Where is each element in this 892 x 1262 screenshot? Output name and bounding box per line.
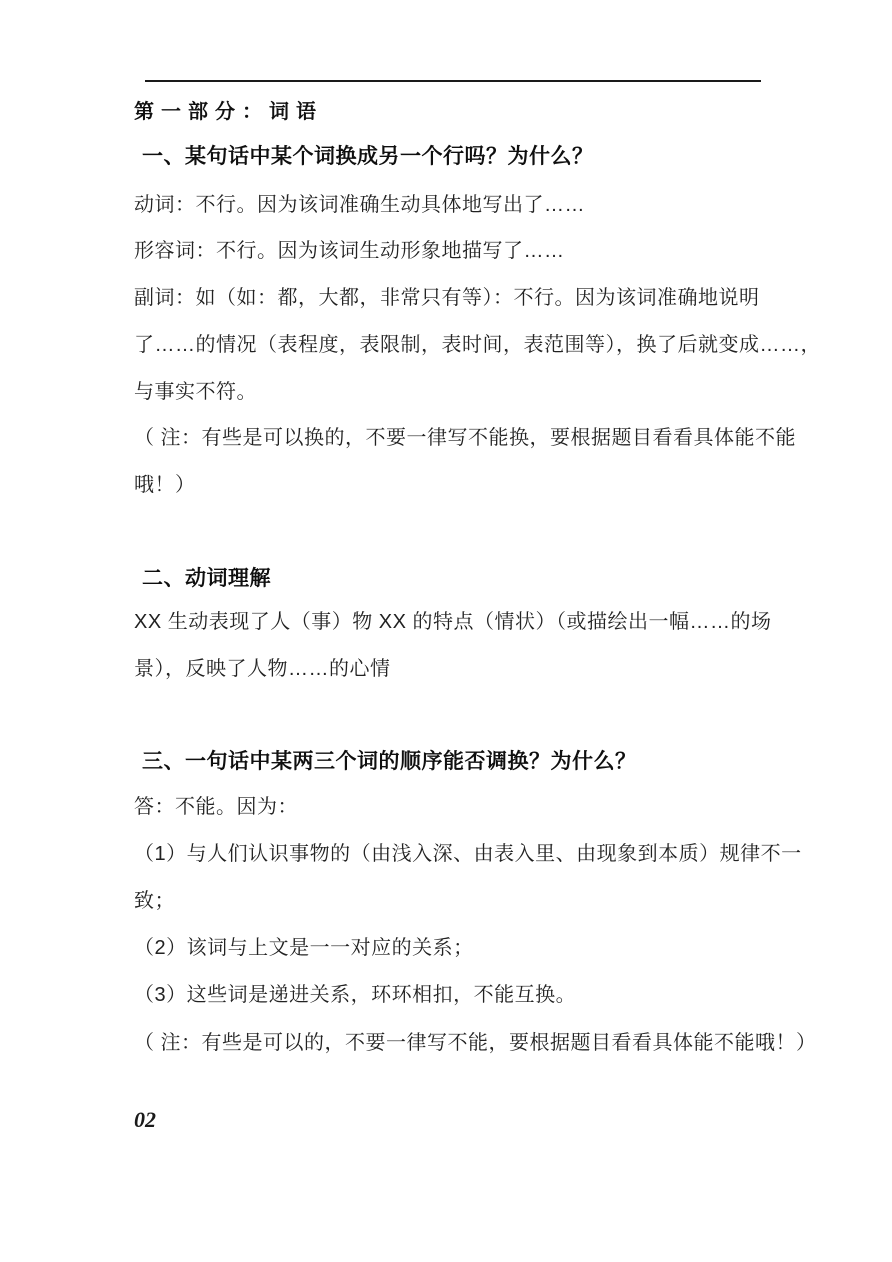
list-item-line: 致；	[134, 878, 175, 925]
section-1-heading: 一、某句话中某个词换成另一个行吗？为什么？	[142, 133, 594, 180]
list-item-line: （1）与人们认识事物的（由浅入深、由表入里、由现象到本质）规律不一	[134, 831, 802, 878]
document-page: 第一部分：词语 一、某句话中某个词换成另一个行吗？为什么？ 动词：不行。因为该词…	[0, 0, 892, 1262]
paragraph-line: 了……的情况（表程度，表限制，表时间，表范围等），换了后就变成……，	[134, 322, 821, 369]
note-line: （ 注：有些是可以的，不要一律写不能，要根据题目看看具体能不能哦！）	[134, 1020, 817, 1067]
list-item-line: （3）这些词是递进关系，环环相扣，不能互换。	[134, 972, 576, 1019]
list-item-line: （2）该词与上文是一一对应的关系；	[134, 925, 474, 972]
paragraph-line: XX 生动表现了人（事）物 XX 的特点（情状）（或描绘出一幅……的场	[134, 599, 772, 646]
page-number: 02	[134, 1106, 156, 1134]
note-line: （ 注：有些是可以换的，不要一律写不能换，要根据题目看看具体能不能	[134, 415, 796, 462]
paragraph-line: 动词：不行。因为该词准确生动具体地写出了……	[134, 182, 585, 229]
paragraph-line: 景），反映了人物……的心情	[134, 646, 391, 693]
paragraph-line: 答：不能。因为：	[134, 784, 298, 831]
note-line: 哦！）	[134, 462, 196, 509]
section-3-heading: 三、一句话中某两三个词的顺序能否调换？为什么？	[142, 738, 637, 785]
paragraph-line: 与事实不符。	[134, 369, 257, 416]
paragraph-line: 形容词：不行。因为该词生动形象地描写了……	[134, 228, 565, 275]
section-2-heading: 二、动词理解	[142, 555, 271, 602]
part-title: 第一部分：词语	[134, 100, 323, 124]
paragraph-line: 副词：如（如：都，大都，非常只有等）：不行。因为该词准确地说明	[134, 275, 760, 322]
header-divider	[145, 80, 761, 82]
